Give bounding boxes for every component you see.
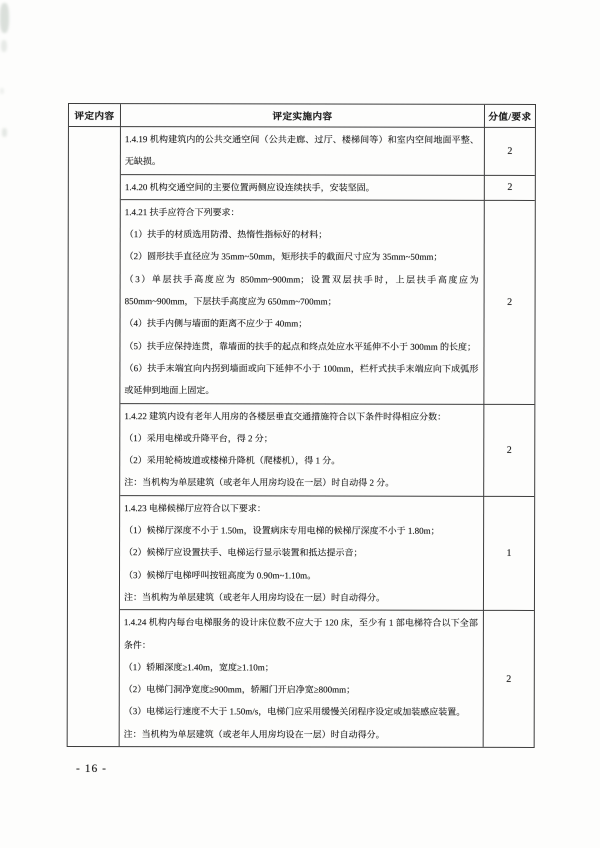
table-header-score-requirement: 分值/要求 [485,105,535,128]
assessment-content-cell [68,127,121,746]
content-line: （2）候梯厅应设置扶手、电梯运行显示装置和抵达提示音； [124,541,478,564]
content-line: 注：当机构为单层建筑（或老年人用房均设在一层）时自动得 2 分。 [124,472,478,495]
content-line: 1.4.19 机构建筑内的公共交通空间（公共走廊、过厅、楼梯间等）和室内空间地面… [125,128,479,173]
scan-artifact [1,40,7,52]
content-line: （3）电梯运行速度不大于 1.50m/s，电梯门应采用缓慢关闭程序设定或加装感应… [124,701,478,724]
table-row-content: 1.4.24 机构内每台电梯服务的设计床位数不应大于 120 床，至少有 1 部… [120,610,484,747]
content-line: 注：当机构为单层建筑（或老年人用房均设在一层）时自动得分。 [124,586,478,609]
table-header-implementation-content: 评定实施内容 [121,104,485,128]
content-line: 1.4.22 建筑内设有老年人用房的各楼层垂直交通措施符合以下条件时得相应分数： [124,405,478,428]
content-line: （2）圆形扶手直径应为 35mm~50mm，矩形扶手的截面尺寸应为 35mm~5… [125,246,479,269]
content-line: （1）采用电梯或升降平台，得 2 分； [124,427,478,450]
table-row-content: 1.4.19 机构建筑内的公共交通空间（公共走廊、过厅、楼梯间等）和室内空间地面… [121,127,485,175]
page-number: - 16 - [76,763,107,775]
content-line: 1.4.23 电梯候梯厅应符合以下要求： [124,497,478,520]
content-line: （5）扶手应保持连贯，靠墙面的扶手的起点和终点处应水平延伸不小于 300mm 的… [124,335,478,358]
table-row-content: 1.4.21 扶手应符合下列要求：（1）扶手的材质选用防滑、热惰性指标好的材料；… [120,200,484,404]
scan-artifact [0,3,9,33]
score-cell: 2 [484,201,534,405]
score-cell: 1 [484,497,534,612]
content-line: （1）候梯厅深度不小于 1.50m，设置病床专用电梯的候梯厅深度不小于 1.80… [124,519,478,542]
score-cell: 2 [485,128,535,176]
content-line: （6）扶手末端宜向内拐到墙面或向下延伸不小于 100mm，栏杆式扶手末端应向下成… [124,357,478,402]
table-header-assessment-content: 评定内容 [69,104,121,127]
document-page: 评定内容 评定实施内容 分值/要求 1.4.19 机构建筑内的公共交通空间（公共… [0,0,600,848]
table-row-content: 1.4.23 电梯候梯厅应符合以下要求：（1）候梯厅深度不小于 1.50m，设置… [120,496,484,611]
content-line: 1.4.20 机构交通空间的主要位置两侧应设连续扶手，安装坚固。 [125,176,479,199]
content-line: 注：当机构为单层建筑（或老年人用房均设在一层）时自动得分。 [124,723,478,746]
assessment-table: 评定内容 评定实施内容 分值/要求 1.4.19 机构建筑内的公共交通空间（公共… [67,103,536,748]
content-line: （3）候梯厅电梯呼叫按钮高度为 0.90m~1.10m。 [124,564,478,587]
content-line: （2）采用轮椅坡道或楼梯升降机（爬楼机），得 1 分。 [124,449,478,472]
content-line: 1.4.24 机构内每台电梯服务的设计床位数不应大于 120 床，至少有 1 部… [124,611,478,656]
score-cell: 2 [484,611,534,747]
score-cell: 2 [485,175,535,200]
content-line: （2）电梯门洞净宽度≥900mm，轿厢门开启净宽≥800mm； [124,678,478,701]
content-line: （1）扶手的材质选用防滑、热惰性指标好的材料； [125,223,479,246]
content-line: （1）轿厢深度≥1.40m，宽度≥1.10m； [124,656,478,679]
scan-artifact [2,128,7,137]
content-line: 1.4.21 扶手应符合下列要求： [125,201,479,224]
content-line: （3）单层扶手高度应为 850mm~900mm；设置双层扶手时，上层扶手高度应为… [125,268,479,313]
scan-artifact [0,88,4,94]
content-line: （4）扶手内侧与墙面的距离不应少于 40mm； [125,312,479,335]
table-row-content: 1.4.20 机构交通空间的主要位置两侧应设连续扶手，安装坚固。 [121,175,485,201]
table-row-content: 1.4.22 建筑内设有老年人用房的各楼层垂直交通措施符合以下条件时得相应分数：… [120,404,484,497]
score-cell: 2 [484,404,534,496]
